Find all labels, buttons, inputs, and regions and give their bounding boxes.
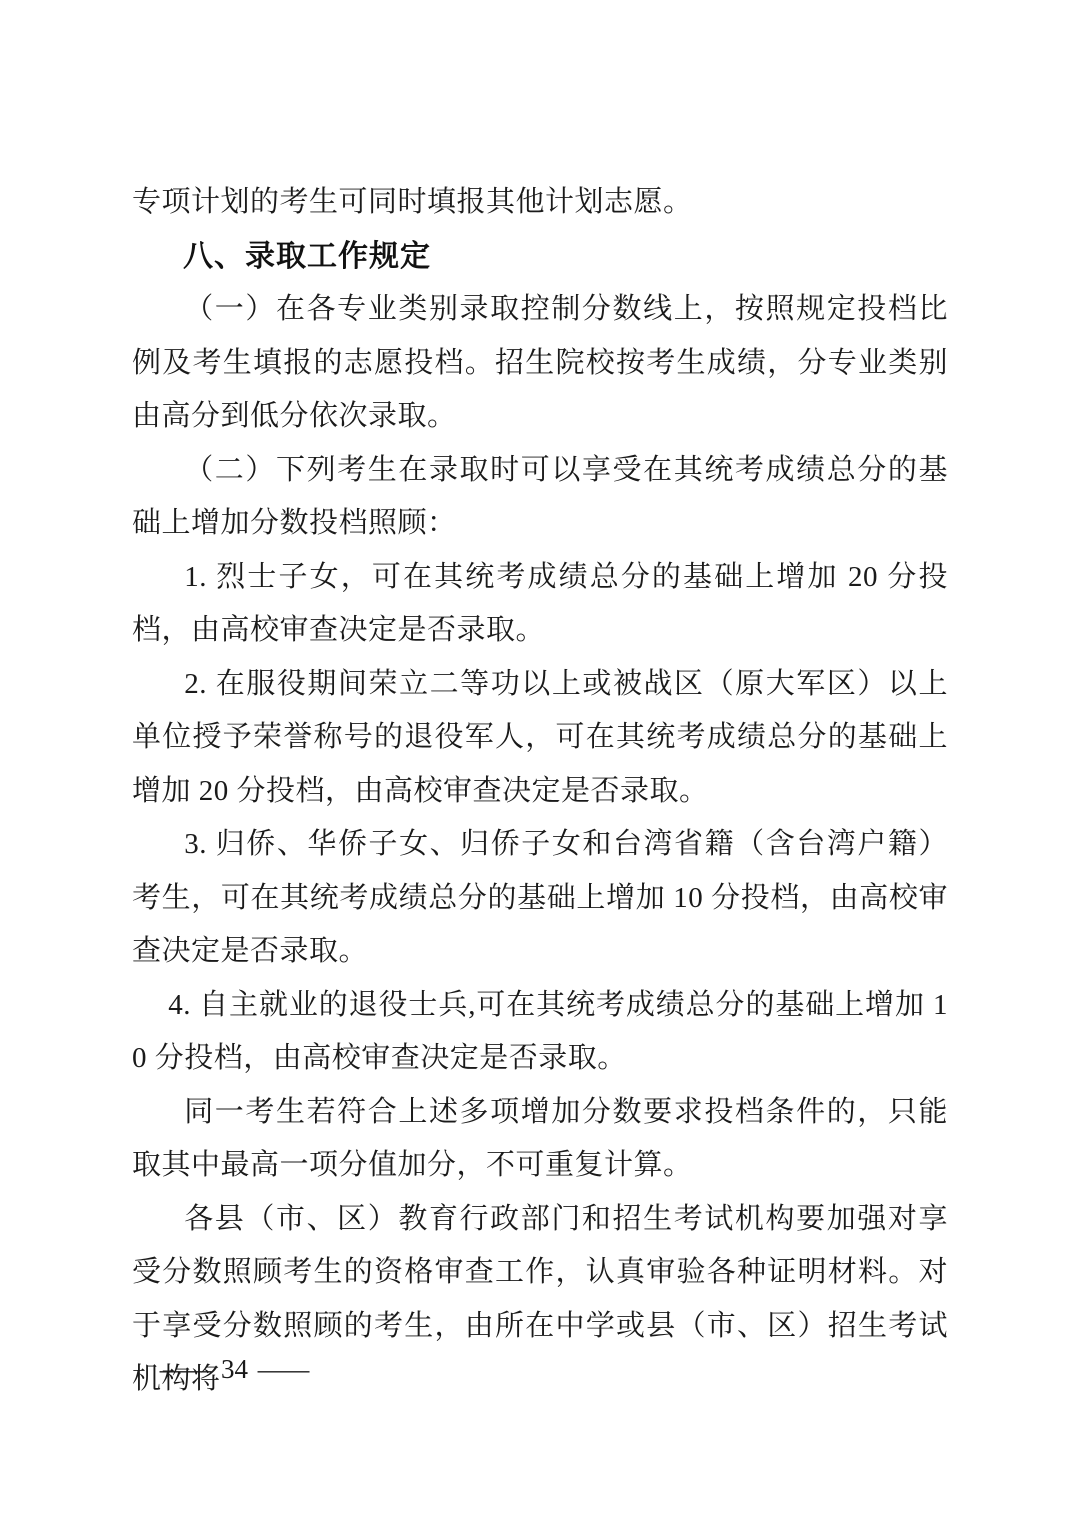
list-item-4: 4. 自主就业的退役士兵,可在其统考成绩总分的基础上增加 10 分投档，由高校审… [132, 979, 948, 1086]
paragraph-item-2: （二）下列考生在录取时可以享受在其统考成绩总分的基础上增加分数投档照顾： [132, 444, 948, 551]
document-body: 专项计划的考生可同时填报其他计划志愿。 八、录取工作规定 （一）在各专业类别录取… [132, 176, 948, 1407]
paragraph-item-1: （一）在各专业类别录取控制分数线上，按照规定投档比例及考生填报的志愿投档。招生院… [132, 283, 948, 444]
page-number: 34 [221, 1352, 248, 1386]
paragraph-note: 同一考生若符合上述多项增加分数要求投档条件的，只能取其中最高一项分值加分，不可重… [132, 1086, 948, 1193]
list-item-2: 2. 在服役期间荣立二等功以上或被战区（原大军区）以上单位授予荣誉称号的退役军人… [132, 658, 948, 819]
footer-left-dash: — [160, 1352, 211, 1386]
document-page: 专项计划的考生可同时填报其他计划志愿。 八、录取工作规定 （一）在各专业类别录取… [0, 0, 1080, 1527]
list-item-1: 1. 烈士子女，可在其统考成绩总分的基础上增加 20 分投档，由高校审查决定是否… [132, 551, 948, 658]
footer-right-dash: — [258, 1352, 309, 1386]
section-heading: 八、录取工作规定 [132, 230, 948, 284]
paragraph-continuation: 专项计划的考生可同时填报其他计划志愿。 [132, 176, 948, 230]
list-item-3: 3. 归侨、华侨子女、归侨子女和台湾省籍（含台湾户籍）考生，可在其统考成绩总分的… [132, 818, 948, 979]
page-footer: — 34 — [158, 1352, 311, 1386]
